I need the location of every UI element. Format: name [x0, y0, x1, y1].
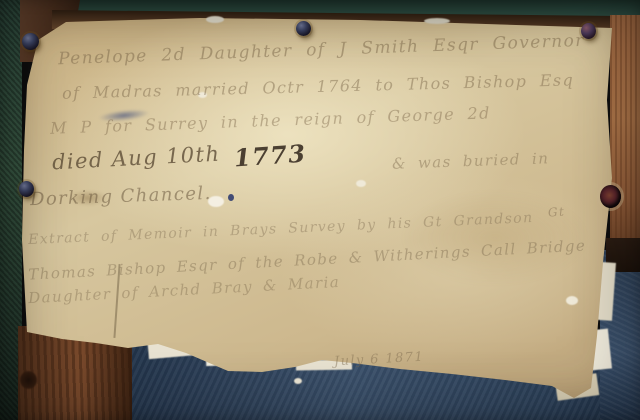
tack-top-middle [296, 21, 311, 36]
tack-left-middle [19, 181, 34, 197]
tack-top-left [22, 33, 39, 50]
tack-top-right [581, 23, 596, 39]
wood-knot-bottom-left [20, 371, 37, 389]
framed-label-photo: Penelope 2d Daughter of J Smith Esqr Gov… [0, 0, 640, 420]
handwriting-year-1773: 1773 [233, 139, 307, 173]
handwriting-date-note: July 6 1871 [334, 350, 425, 370]
handwriting-line-4-died: died Aug 10th [51, 142, 220, 175]
tack-hole-right [600, 185, 621, 208]
handwriting-superscript: Gt [548, 204, 566, 219]
handwriting-line-2: of Madras married Octr 1764 to Thos Bish… [62, 70, 575, 102]
handwritten-text-block: Penelope 2d Daughter of J Smith Esqr Gov… [0, 0, 640, 420]
handwriting-line-5: Dorking Chancel. [30, 183, 212, 210]
handwriting-line-3: M P for Surrey in the reign of George 2d [50, 103, 491, 137]
handwriting-line-1: Penelope 2d Daughter of J Smith Esqr Gov… [58, 31, 585, 69]
handwriting-line-4-buried: & was buried in [392, 149, 550, 172]
